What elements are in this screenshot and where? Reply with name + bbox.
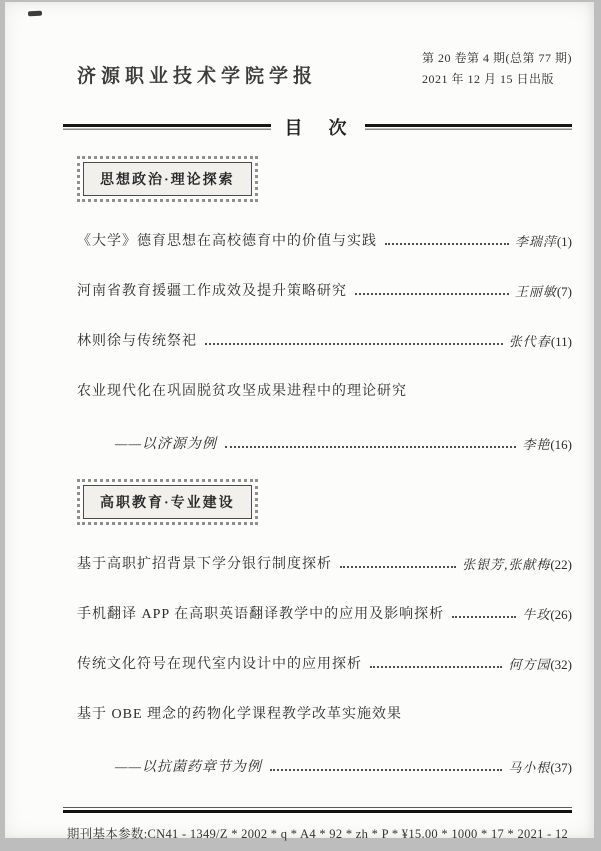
dot-leader xyxy=(270,769,502,771)
article-title: 林则徐与传统祭祀 xyxy=(77,332,197,352)
article-title: 《大学》德育思想在高校德育中的价值与实践 xyxy=(77,232,377,252)
entry-title-line: 手机翻译 APP 在高职英语翻译教学中的应用及影响探析牛玫(26) xyxy=(77,605,572,625)
page-content: 济源职业技术学院学报 第 20 卷第 4 期(总第 77 期) 2021 年 1… xyxy=(63,2,572,838)
entry-title-line: 传统文化符号在现代室内设计中的应用探析何方园(32) xyxy=(77,655,572,675)
page-number: (7) xyxy=(557,282,572,302)
section-title-frame: 高职教育·专业建设 xyxy=(83,485,252,519)
article-title: 基于 OBE 理念的药物化学课程教学改革实施效果 xyxy=(77,705,402,725)
journal-title: 济源职业技术学院学报 xyxy=(77,64,317,90)
page-number: (22) xyxy=(550,555,572,575)
journal-parameters: 期刊基本参数:CN41 - 1349/Z * 2002 * q * A4 * 9… xyxy=(63,824,572,842)
article-subtitle: ——以济源为例 xyxy=(115,435,217,455)
author-name: 王丽敏 xyxy=(515,282,557,302)
dot-leader xyxy=(225,446,516,448)
toc-entry: 农业现代化在巩固脱贫攻坚成果进程中的理论研究——以济源为例李艳(16) xyxy=(77,382,572,455)
entry-title-line: 《大学》德育思想在高校德育中的价值与实践李瑞萍(1) xyxy=(77,232,572,252)
toc-body: 思想政治·理论探索《大学》德育思想在高校德育中的价值与实践李瑞萍(1)河南省教育… xyxy=(63,156,572,778)
article-subtitle: ——以抗菌药章节为例 xyxy=(115,758,262,778)
toc-title-divider: 目 次 xyxy=(63,114,572,140)
dot-leader xyxy=(452,616,516,618)
section-title: 思想政治·理论探索 xyxy=(100,173,235,188)
entry-subtitle-line: ——以抗菌药章节为例马小根(37) xyxy=(77,758,572,778)
section-box: 思想政治·理论探索 xyxy=(77,156,258,202)
toc-entry: 传统文化符号在现代室内设计中的应用探析何方园(32) xyxy=(77,655,572,675)
article-title: 手机翻译 APP 在高职英语翻译教学中的应用及影响探析 xyxy=(77,605,444,625)
author-name: 马小根 xyxy=(508,758,550,778)
author-name: 牛玫 xyxy=(522,605,550,625)
toc-entry: 手机翻译 APP 在高职英语翻译教学中的应用及影响探析牛玫(26) xyxy=(77,605,572,625)
scanned-page: 济源职业技术学院学报 第 20 卷第 4 期(总第 77 期) 2021 年 1… xyxy=(5,2,594,838)
section-title-frame: 思想政治·理论探索 xyxy=(83,162,252,196)
dot-leader xyxy=(355,293,509,295)
article-title: 基于高职扩招背景下学分银行制度探析 xyxy=(77,555,332,575)
entry-title-line: 农业现代化在巩固脱贫攻坚成果进程中的理论研究 xyxy=(77,382,572,402)
toc-entry: 基于高职扩招背景下学分银行制度探析张银芳,张献梅(22) xyxy=(77,555,572,575)
entry-title-line: 林则徐与传统祭祀张代春(11) xyxy=(77,332,572,352)
article-title: 河南省教育援疆工作成效及提升策略研究 xyxy=(77,282,347,302)
page-number: (11) xyxy=(551,332,572,352)
page-number: (26) xyxy=(550,605,572,625)
author-name: 李瑞萍 xyxy=(515,232,557,252)
page-number: (37) xyxy=(550,758,572,778)
author-name: 李艳 xyxy=(522,435,550,455)
entry-title-line: 河南省教育援疆工作成效及提升策略研究王丽敏(7) xyxy=(77,282,572,302)
footer-divider xyxy=(63,807,572,813)
toc-entry: 《大学》德育思想在高校德育中的价值与实践李瑞萍(1) xyxy=(77,232,572,252)
entry-title-line: 基于高职扩招背景下学分银行制度探析张银芳,张献梅(22) xyxy=(77,555,572,575)
issue-volume: 第 20 卷第 4 期(总第 77 期) xyxy=(422,48,572,69)
entry-subtitle-line: ——以济源为例李艳(16) xyxy=(77,435,572,455)
author-name: 张银芳,张献梅 xyxy=(462,555,550,575)
author-name: 张代春 xyxy=(509,332,551,352)
author-name: 何方园 xyxy=(508,655,550,675)
issue-publish-date: 2021 年 12 月 15 日出版 xyxy=(422,69,572,90)
toc-rule-left xyxy=(63,124,271,130)
dot-leader xyxy=(205,343,503,345)
toc-entry: 基于 OBE 理念的药物化学课程教学改革实施效果——以抗菌药章节为例马小根(37… xyxy=(77,705,572,778)
toc-entry: 林则徐与传统祭祀张代春(11) xyxy=(77,332,572,352)
page-header: 济源职业技术学院学报 第 20 卷第 4 期(总第 77 期) 2021 年 1… xyxy=(63,2,572,90)
section-title: 高职教育·专业建设 xyxy=(100,496,235,511)
page-number: (32) xyxy=(550,655,572,675)
dot-leader xyxy=(370,666,502,668)
dot-leader xyxy=(340,566,456,568)
article-title: 传统文化符号在现代室内设计中的应用探析 xyxy=(77,655,362,675)
toc-entry: 河南省教育援疆工作成效及提升策略研究王丽敏(7) xyxy=(77,282,572,302)
article-title: 农业现代化在巩固脱贫攻坚成果进程中的理论研究 xyxy=(77,382,407,402)
toc-rule-right xyxy=(365,124,573,130)
dot-leader xyxy=(385,243,509,245)
page-number: (16) xyxy=(550,435,572,455)
issue-info: 第 20 卷第 4 期(总第 77 期) 2021 年 12 月 15 日出版 xyxy=(422,48,572,90)
entry-title-line: 基于 OBE 理念的药物化学课程教学改革实施效果 xyxy=(77,705,572,725)
page-number: (1) xyxy=(557,232,572,252)
section-box: 高职教育·专业建设 xyxy=(77,479,258,525)
toc-title: 目 次 xyxy=(271,114,365,140)
scan-smudge-mark xyxy=(28,11,42,17)
